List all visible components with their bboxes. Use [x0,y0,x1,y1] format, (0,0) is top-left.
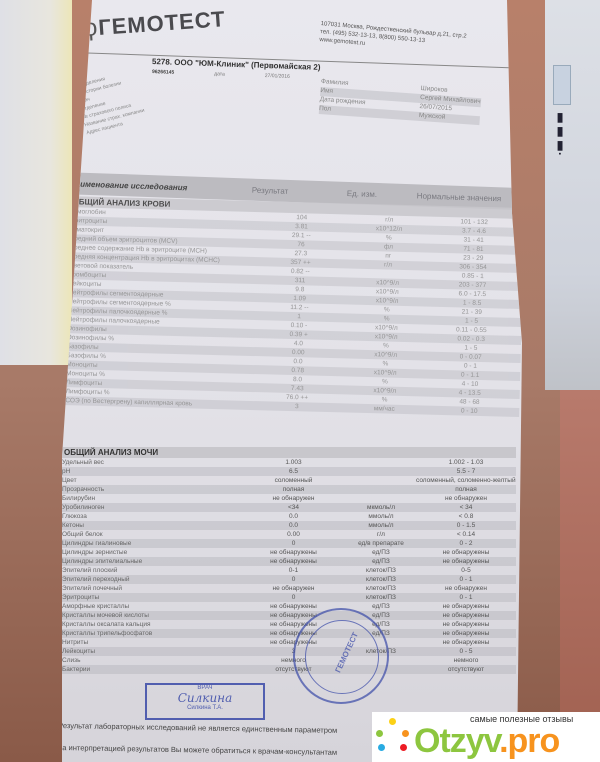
table-row: Цилиндры зернистыене обнаруженыед/ПЗне о… [56,548,516,557]
cell-range: не обнаружен [416,494,516,503]
table-row: Бактерииотсутствуютотсутствуют [56,665,516,674]
cell-range: не обнаружены [416,548,516,557]
cell-value: 0.0 [241,512,346,521]
cell-range: 5.5 - 7 [416,467,516,476]
otzyv-brand: Otzyv.pro [414,722,559,761]
table-row: Кетоны0.0ммоль/л0 - 1.5 [56,521,516,530]
cell-unit [346,494,416,503]
cell-unit: г/л [346,530,416,539]
cell-range: 1.002 - 1.03 [416,458,516,467]
cell-name: Глюкоза [56,512,241,521]
cell-name: Слизь [56,656,241,665]
cell-range: 0 - 1 [416,575,516,584]
booklet-logo-icon [553,65,571,105]
cell-range: не обнаружены [416,620,516,629]
cell-range: 0-5 [416,566,516,575]
cell-name: Цилиндры эпителиальные [56,557,241,566]
cell-name: Кристаллы мочевой кислоты [56,611,241,620]
cell-unit [346,485,416,494]
cell-range: отсутствуют [416,665,516,674]
cell-value: 0 [241,539,346,548]
table-row: Общий белок0.00г/л< 0.14 [56,530,516,539]
cell-name: Кристаллы трипельфосфатов [56,629,241,638]
underlying-left-page [0,0,72,365]
table-row: Цветсоломенныйсоломенный, соломенно-желт… [56,476,516,485]
cell-value: 1.003 [241,458,346,467]
cell-name: pH [56,467,241,476]
section-title: ОБЩИЙ АНАЛИЗ МОЧИ [56,447,516,458]
cell-unit: клеток/ПЗ [346,566,416,575]
table-row: Аморфные кристаллыне обнаруженыед/ПЗне о… [56,602,516,611]
date-value: 27/01/2016 [265,73,290,80]
cell-unit [346,476,416,485]
cell-name: Цвет [56,476,241,485]
cell-value: 0.00 [241,530,346,539]
admin-labels: ИНЗ № отделения № истории болезни Врач О… [72,60,147,137]
cell-name: Нитриты [56,638,241,647]
cell-unit: клеток/ПЗ [346,575,416,584]
cell-value: не обнаружен [241,494,346,503]
cell-name: Билирубин [56,494,241,503]
round-seal-stamp: ГЕМОТЕСТ [293,608,389,704]
table-row: Эпителий плоский0-1клеток/ПЗ0-5 [56,566,516,575]
table-row: Кристаллы оксалата кальцияне обнаруженые… [56,620,516,629]
cell-name: Эпителий почечный [56,584,241,593]
cell-range: < 34 [416,503,516,512]
cell-name: Эритроциты [56,593,241,602]
blood-analysis-section: ОБЩИЙ АНАЛИЗ КРОВИ Гемоглобин104г/л101 -… [59,196,524,417]
cell-name: Эпителий переходный [56,575,241,584]
cell-unit [346,458,416,467]
table-row: Уробилиноген<34мкмоль/л< 34 [56,503,516,512]
cell-unit: мм/час [349,404,419,415]
cell-range: < 0.8 [416,512,516,521]
table-row: Нитритыне обнаруженыне обнаружены [56,638,516,647]
background-surface [560,390,600,762]
table-row: Удельный вес1.0031.002 - 1.03 [56,458,516,467]
cell-name: Удельный вес [56,458,241,467]
table-row: Эпителий почечныйне обнаруженклеток/ПЗне… [56,584,516,593]
date-label: дата [214,71,225,77]
doctor-signature-stamp: ВРАЧ Силкина Силкина Т.А. [145,683,265,720]
cell-range: 0 - 2 [416,539,516,548]
cell-unit [346,467,416,476]
table-row: Эпителий переходный0клеток/ПЗ0 - 1 [56,575,516,584]
otzyv-logo-icon [376,718,410,756]
cell-range: не обнаружены [416,638,516,647]
cell-value: 0 [241,575,346,584]
cell-value: полная [241,485,346,494]
cell-name: Прозрачность [56,485,241,494]
cell-name: Эпителий плоский [56,566,241,575]
table-row: Прозрачностьполнаяполная [56,485,516,494]
table-row: Глюкоза0.0ммоль/л< 0.8 [56,512,516,521]
cell-value: 3 [244,401,349,413]
cell-value: 6.5 [241,467,346,476]
table-row: Эритроциты0клеток/ПЗ0 - 1 [56,593,516,602]
cell-name: Лейкоциты [56,647,241,656]
cell-name: Цилиндры гиалиновые [56,539,241,548]
cell-unit: ед/ПЗ [346,548,416,557]
cell-unit: ммоль/л [346,521,416,530]
cell-range: не обнаружен [416,584,516,593]
cell-unit: мкмоль/л [346,503,416,512]
cell-value: 0 [241,593,346,602]
cell-name: Аморфные кристаллы [56,602,241,611]
gemotest-logo: ϙГЕМОТЕСТ [83,5,226,43]
cell-range: не обнаружены [416,611,516,620]
urine-analysis-section: ОБЩИЙ АНАЛИЗ МОЧИ Удельный вес1.0031.002… [56,447,516,674]
table-row: Лейкоциты3клеток/ПЗ0 - 5 [56,647,516,656]
table-row: Кристаллы трипельфосфатовне обнаруженыед… [56,629,516,638]
otzyv-watermark: самые полезные отзывы Otzyv.pro [372,712,600,762]
cell-range: < 0.14 [416,530,516,539]
cell-value: 0-1 [241,566,346,575]
order-meta: 96266145 дата 27/01/2016 [152,69,290,80]
table-row: pH6.55.5 - 7 [56,467,516,476]
cell-value: <34 [241,503,346,512]
cell-name: Кетоны [56,521,241,530]
cell-unit: ммоль/л [346,512,416,521]
cell-name: Общий белок [56,530,241,539]
booklet-spine-text: ▮▮▮· [557,110,567,156]
cell-value: 0.0 [241,521,346,530]
cell-range: полная [416,485,516,494]
cell-name: Цилиндры зернистые [56,548,241,557]
cell-range: не обнаружены [416,557,516,566]
report-footer: Результат лабораторных исследований не я… [58,715,338,762]
table-row: Цилиндры гиалиновые0ед/в препарате0 - 2 [56,539,516,548]
cell-value: не обнаружены [241,548,346,557]
table-row: Цилиндры эпителиальныене обнаруженыед/ПЗ… [56,557,516,566]
lab-address: 107031 Москва, Рождественский бульвар д.… [319,20,467,57]
cell-range: 0 - 10 [419,405,519,417]
cell-range: немного [416,656,516,665]
cell-range: 0 - 1.5 [416,521,516,530]
right-booklet: ▮▮▮· [545,0,600,390]
cell-unit: ед/ПЗ [346,557,416,566]
table-row: Билирубинне обнаруженне обнаружен [56,494,516,503]
cell-value: соломенный [241,476,346,485]
cell-name: Уробилиноген [56,503,241,512]
cell-range: не обнаружены [416,602,516,611]
table-row: Кристаллы мочевой кислотыне обнаруженыед… [56,611,516,620]
cell-range: 0 - 5 [416,647,516,656]
order-number: 96266145 [152,69,174,76]
cell-range: соломенный, соломенно-желтый, желтый [416,476,516,485]
table-row: Слизьнемногонемного [56,656,516,665]
cell-name: Бактерии [56,665,241,674]
patient-info: ФамилияШироковИмяСергей МихайловичДата р… [319,78,482,125]
cell-value: не обнаружены [241,557,346,566]
cell-unit: клеток/ПЗ [346,584,416,593]
cell-range: 0 - 1 [416,593,516,602]
cell-unit: клеток/ПЗ [346,593,416,602]
cell-range: не обнаружены [416,629,516,638]
cell-name: Кристаллы оксалата кальция [56,620,241,629]
cell-unit: ед/в препарате [346,539,416,548]
cell-value: не обнаружен [241,584,346,593]
